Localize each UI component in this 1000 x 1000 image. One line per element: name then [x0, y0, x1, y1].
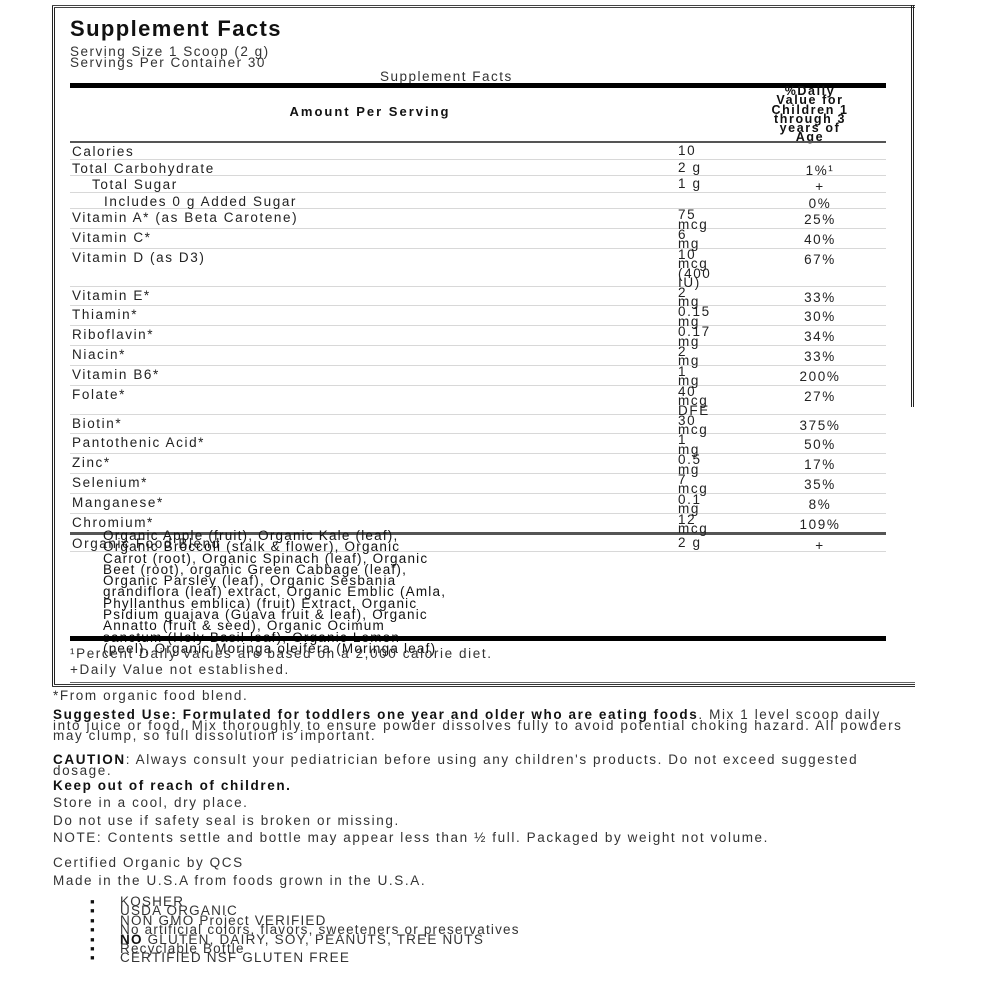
seal-note: Do not use if safety seal is broken or m…: [53, 816, 913, 827]
nutrient-row: Vitamin E*2mg33%: [70, 287, 886, 307]
nutrient-amount-line: 2 g: [678, 538, 738, 548]
nutrient-amount-line: mcg: [678, 524, 738, 534]
nutrient-name: Folate*: [72, 387, 126, 402]
nutrient-amount: 1 g: [678, 179, 738, 189]
nutrient-row: Selenium*7mcg35%: [70, 474, 886, 494]
caution: CAUTION: Always consult your pediatricia…: [53, 755, 913, 776]
nutrient-daily-value: 50%: [760, 437, 880, 452]
nutrient-name: Vitamin A* (as Beta Carotene): [72, 210, 298, 225]
nutrient-amount: 12mcg: [678, 515, 738, 534]
from-blend-note: *From organic food blend.: [53, 691, 913, 702]
nutrient-amount-line: mg: [678, 465, 738, 475]
nutrient-name: Riboflavin*: [72, 327, 154, 342]
servings-per-container: Servings Per Container 30: [70, 56, 266, 69]
footnote-daily-value: ¹Percent Daily Values are based on a 2,0…: [70, 646, 493, 661]
nutrient-daily-value: 109%: [760, 517, 880, 532]
made-in-usa: Made in the U.S.A from foods grown in th…: [53, 876, 913, 887]
nutrient-name: Zinc*: [72, 455, 111, 470]
nutrient-amount: 0.17mg: [678, 327, 738, 346]
nutrient-daily-value: 33%: [760, 290, 880, 305]
nutrient-amount-line: mg: [678, 356, 738, 366]
nutrient-row: Zinc*0.5mg17%: [70, 454, 886, 474]
nutrient-name: Selenium*: [72, 475, 148, 490]
feature-item: ▪CERTIFIED NSF GLUTEN FREE: [90, 953, 520, 962]
nutrient-amount: 2 g: [678, 163, 738, 173]
contents-note: NOTE: Contents settle and bottle may app…: [53, 833, 903, 844]
nutrient-daily-value: 27%: [760, 389, 880, 404]
feature-list: ▪KOSHER▪USDA ORGANIC▪NON GMO Project VER…: [90, 897, 520, 963]
nutrient-row: Vitamin B6*1mg200%: [70, 366, 886, 386]
nutrient-daily-value: 40%: [760, 232, 880, 247]
nutrient-row: Includes 0 g Added Sugar0%: [70, 193, 886, 210]
nutrient-name: Niacin*: [72, 347, 126, 362]
caution-text: : Always consult your pediatrician befor…: [53, 752, 858, 778]
nutrient-amount: 10mcg(400IU): [678, 250, 738, 288]
nutrient-daily-value: 8%: [760, 497, 880, 512]
nutrient-daily-value: 33%: [760, 349, 880, 364]
storage-note: Store in a cool, dry place.: [53, 798, 913, 809]
nutrient-amount: 30mcg: [678, 416, 738, 435]
nutrient-row: Manganese*0.1mg8%: [70, 494, 886, 514]
panel-bottom-line: [70, 682, 915, 683]
nutrient-name: Pantothenic Acid*: [72, 435, 205, 450]
nutrient-amount: 6mg: [678, 230, 738, 249]
nutrient-amount-line: mcg: [678, 220, 738, 230]
nutrient-row: Biotin*30mcg375%: [70, 415, 886, 435]
header-amount-per-serving: Amount Per Serving: [70, 104, 670, 119]
nutrient-row: Calories10: [70, 143, 886, 160]
nutrient-daily-value: 17%: [760, 457, 880, 472]
nutrient-name: Biotin*: [72, 416, 122, 431]
bullet-icon: ▪: [90, 953, 96, 962]
nutrient-amount: 2mg: [678, 347, 738, 366]
nutrient-row: Vitamin A* (as Beta Carotene)75mcg25%: [70, 209, 886, 229]
nutrient-amount: 75mcg: [678, 210, 738, 229]
nutrient-row: Vitamin D (as D3)10mcg(400IU)67%: [70, 249, 886, 287]
nutrient-daily-value: 67%: [760, 252, 880, 267]
nutrient-name: Thiamin*: [72, 307, 138, 322]
nutrient-name: Vitamin E*: [72, 288, 151, 303]
nutrient-name: Vitamin D (as D3): [72, 250, 205, 265]
nutrient-row: Pantothenic Acid*1mg50%: [70, 434, 886, 454]
nutrient-daily-value: 35%: [760, 477, 880, 492]
panel-right-border: [911, 5, 918, 407]
nutrient-daily-value: 375%: [760, 418, 880, 433]
nutrient-row: Riboflavin*0.17mg34%: [70, 326, 886, 346]
nutrient-row: Folate*40mcgDFE27%: [70, 386, 886, 415]
nutrient-name: Includes 0 g Added Sugar: [104, 194, 297, 209]
nutrient-amount: 1mg: [678, 367, 738, 386]
nutrient-amount-line: mcg: [678, 425, 738, 435]
nutrient-amount: 40mcgDFE: [678, 387, 738, 416]
nutrient-name: Vitamin B6*: [72, 367, 160, 382]
nutrient-amount: 2 g: [678, 538, 738, 548]
certified-organic: Certified Organic by QCS: [53, 858, 913, 869]
nutrient-row: Vitamin C*6mg40%: [70, 229, 886, 249]
nutrient-name: Total Sugar: [92, 177, 178, 192]
panel-title: Supplement Facts: [70, 16, 282, 42]
keep-out-warning: Keep out of reach of children.: [53, 781, 913, 792]
nutrient-name: Total Carbohydrate: [72, 161, 215, 176]
nutrient-amount-line: 2 g: [678, 163, 738, 173]
nutrient-amount: 10: [678, 146, 738, 156]
nutrient-name: Manganese*: [72, 495, 164, 510]
suggested-use: Suggested Use: Formulated for toddlers o…: [53, 710, 913, 742]
nutrient-amount: 0.5mg: [678, 455, 738, 474]
thick-divider-bottom: [70, 636, 886, 641]
nutrient-amount-line: 10: [678, 146, 738, 156]
table-caption: Supplement Facts: [380, 69, 513, 84]
nutrient-daily-value: 200%: [760, 369, 880, 384]
nutrient-table: Calories10Total Carbohydrate2 g1%¹Total …: [70, 143, 886, 552]
nutrient-amount-line: 1 g: [678, 179, 738, 189]
nutrient-daily-value: 25%: [760, 212, 880, 227]
feature-text: CERTIFIED NSF GLUTEN FREE: [120, 950, 350, 965]
header-daily-value: %DailyValue forChildren 1through 3years …: [740, 87, 880, 143]
nutrient-daily-value: 30%: [760, 309, 880, 324]
nutrient-amount: [678, 196, 738, 206]
nutrient-daily-value: +: [760, 538, 880, 553]
nutrient-amount-line: [678, 196, 738, 206]
nutrient-amount: 0.1mg: [678, 495, 738, 514]
nutrient-name: Calories: [72, 144, 134, 159]
footnote-not-established: +Daily Value not established.: [70, 662, 290, 677]
nutrient-row: Niacin*2mg33%: [70, 346, 886, 366]
nutrient-row: Thiamin*0.15mg30%: [70, 306, 886, 326]
nutrient-name: Vitamin C*: [72, 230, 152, 245]
nutrient-daily-value: 34%: [760, 329, 880, 344]
nutrient-row: Total Carbohydrate2 g1%¹: [70, 160, 886, 177]
nutrient-row: Total Sugar1 g+: [70, 176, 886, 193]
